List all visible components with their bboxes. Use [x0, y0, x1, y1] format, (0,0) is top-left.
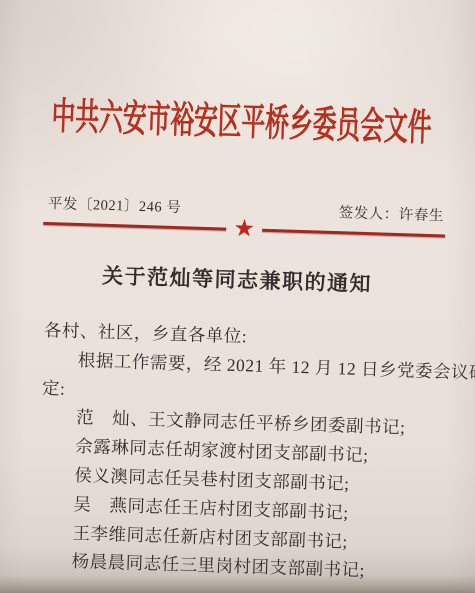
official-document: 中共六安市裕安区平桥乡委员会文件 平发〔2021〕246 号 签发人：许春生 ★… [0, 0, 475, 593]
org-title: 中共六安市裕安区平桥乡委员会文件 [51, 91, 433, 157]
document-body: 各村、社区，乡直各单位: 根据工作需要，经 2021 年 12 月 12 日乡党… [36, 316, 443, 588]
star-icon: ★ [233, 216, 255, 241]
document-photo: 中共六安市裕安区平桥乡委员会文件 平发〔2021〕246 号 签发人：许春生 ★… [0, 0, 475, 593]
divider-line-right [262, 228, 445, 237]
notice-title: 关于范灿等同志兼职的通知 [0, 257, 475, 302]
divider-line-left [43, 221, 226, 230]
letterhead: 中共六安市裕安区平桥乡委员会文件 [4, 99, 475, 153]
